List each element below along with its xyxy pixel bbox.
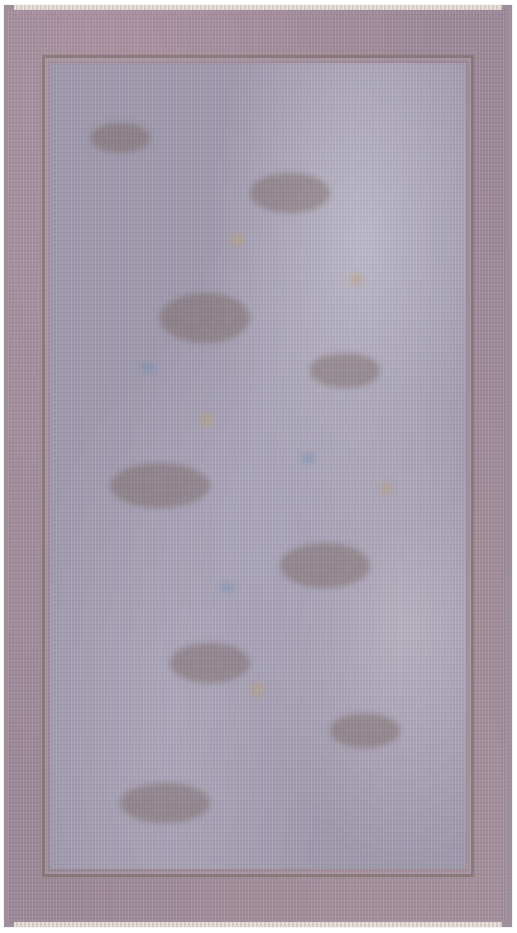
flower-motif	[250, 683, 264, 697]
vine-motif	[170, 643, 250, 683]
rug	[4, 5, 512, 927]
vine-motif	[310, 353, 380, 388]
vine-motif	[330, 713, 400, 748]
flower-motif	[350, 273, 362, 285]
flower-motif	[200, 413, 214, 427]
flower-motif	[380, 483, 392, 495]
image-description: Rectangular rug with worn pile, lavender…	[0, 0, 1, 1]
vine-motif	[160, 293, 250, 343]
vine-motif	[110, 463, 210, 508]
rug-central-field	[50, 63, 466, 869]
leaf-motif	[220, 583, 236, 593]
vine-motif	[120, 783, 210, 823]
rug-bottom-fringe	[14, 922, 502, 927]
vine-motif	[280, 543, 370, 588]
leaf-motif	[300, 453, 316, 463]
leaf-motif	[140, 363, 156, 373]
flower-motif	[230, 233, 244, 247]
rug-top-fringe	[14, 5, 502, 10]
vine-motif	[90, 123, 150, 153]
vine-motif	[250, 173, 330, 213]
